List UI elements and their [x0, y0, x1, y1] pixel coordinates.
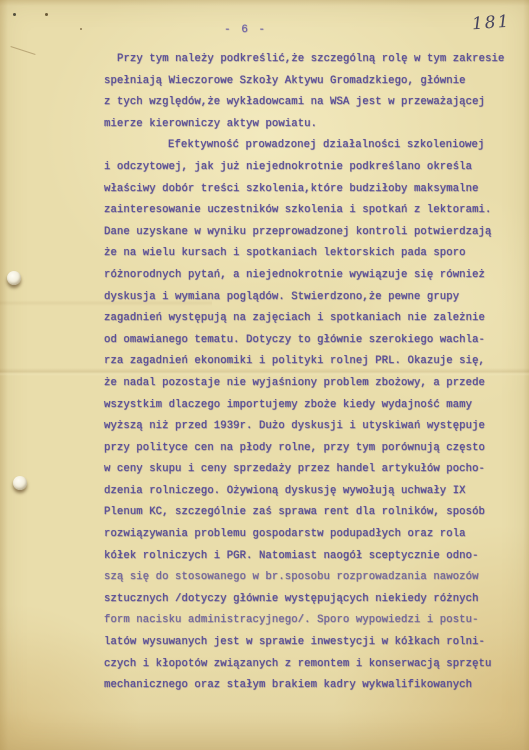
typed-line: właściwy dobór treści szkolenia,które bu…: [104, 179, 504, 201]
paper-speck: [13, 13, 16, 16]
typed-line: że nadal pozostaje nie wyjaśniony proble…: [104, 373, 504, 395]
handwritten-page-number: 181: [471, 12, 511, 35]
page-number: - 6 -: [224, 24, 267, 36]
typed-line: czych i kłopotów związanych z remontem i…: [104, 654, 504, 676]
typed-line: wszystkim dlaczego importujemy zboże kie…: [104, 395, 504, 417]
typed-line: sztucznych /dotyczy głównie występującyc…: [104, 589, 504, 611]
typed-line: latów wysuwanych jest w sprawie inwestyc…: [104, 632, 504, 654]
typed-line: dyskusja i wymiana poglądów. Stwierdzono…: [104, 287, 504, 309]
typed-line: mechanicznego oraz stałym brakiem kadry …: [104, 675, 504, 697]
typed-line: szą się do stosowanego w br.sposobu rozp…: [104, 567, 504, 589]
typed-line: rozwiązywania problemu gospodarstw podup…: [104, 524, 504, 546]
paper-speck: [80, 28, 82, 30]
typed-line: w ceny skupu i ceny sprzedaży przez hand…: [104, 459, 504, 481]
typed-line: spełniają Wieczorowe Szkoły Aktywu Groma…: [104, 71, 504, 93]
typed-line: Efektywność prowadzonej działalności szk…: [104, 135, 504, 157]
typed-line: zainteresowanie uczestników szkolenia i …: [104, 200, 504, 222]
typed-line: kółek rolniczych i PGR. Natomiast naogół…: [104, 546, 504, 568]
typed-line: od omawianego tematu. Dotyczy to głównie…: [104, 330, 504, 352]
typed-line: mierze kierowniczy aktyw powiatu.: [104, 114, 504, 136]
typed-line: i odczytowej, jak już niejednokrotnie po…: [104, 157, 504, 179]
typed-line: zagadnień występują na zajęciach i spotk…: [104, 308, 504, 330]
paper-scratch: [10, 46, 35, 55]
typed-line: Przy tym należy podkreślić,że szczególną…: [104, 49, 504, 71]
typed-line: rza zagadnień ekonomiki i polityki rolne…: [104, 351, 504, 373]
typed-line: różnorodnych pytań, a niejednokrotnie wy…: [104, 265, 504, 287]
typed-line: Dane uzyskane w wyniku przeprowadzonej k…: [104, 222, 504, 244]
typed-line: przy polityce cen na płody rolne, przy t…: [104, 438, 504, 460]
typed-line: że na wielu kursach i spotkaniach lektor…: [104, 243, 504, 265]
typed-line: Plenum KC, szczególnie zaś sprawa rent d…: [104, 502, 504, 524]
paper-fastener-hole: [13, 476, 27, 490]
typed-line: wyższą niż przed 1939r. Dużo dyskusji i …: [104, 416, 504, 438]
typed-line: dzenia rolniczego. Ożywioną dyskusję wyw…: [104, 481, 504, 503]
document-page: - 6 - 181 Przy tym należy podkreślić,że …: [0, 0, 529, 750]
paper-speck: [45, 13, 48, 16]
paper-fastener-hole: [7, 271, 21, 285]
typed-text: Przy tym należy podkreślić,że szczególną…: [104, 49, 504, 697]
typed-line: z tych względów,że wykładowcami na WSA j…: [104, 92, 504, 114]
typed-line: form nacisku administracyjnego/. Sporo w…: [104, 610, 504, 632]
